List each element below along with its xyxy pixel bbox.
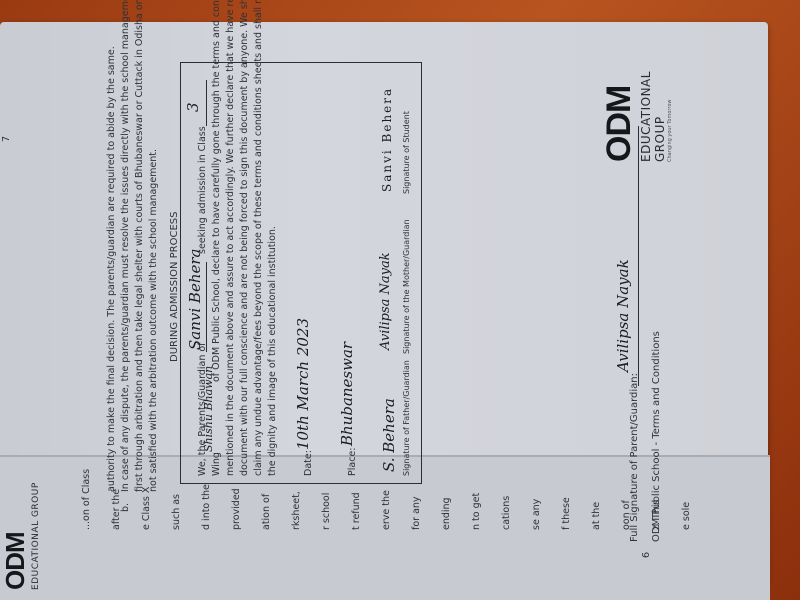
left-page-fragment: ending — [440, 497, 454, 530]
left-odm-logo: ODM EDUCATIONAL GROUP — [0, 482, 41, 590]
mother-signature-label: Signature of the Mother/Guardian — [400, 219, 414, 354]
class-field[interactable]: 3 — [184, 102, 202, 112]
left-page-fragment: e sole — [680, 502, 694, 530]
left-page-fragment: cations — [500, 496, 514, 530]
place-field[interactable]: Bhubaneswar — [338, 342, 356, 446]
declaration-line1-suffix: seeking admission in Class — [196, 126, 210, 254]
left-page-fragment: n to get — [470, 493, 484, 530]
left-page-fragment: after the — [110, 489, 124, 530]
declaration-line: mentioned in the document above and assu… — [224, 0, 238, 476]
mother-signature[interactable]: Avilipsa Nayak — [378, 252, 393, 350]
left-page-fragment: provided — [230, 488, 244, 530]
left-page-fragment: r school — [320, 493, 334, 530]
declaration-line2-suffix: of ODM Public School, declare to have ca… — [210, 0, 224, 382]
left-page-fragment: e Class X — [140, 487, 154, 530]
left-page-fragment: d into the — [200, 484, 214, 530]
student-signature[interactable]: Sanvi Behera — [380, 87, 394, 192]
left-page-fragment: ation of — [260, 494, 274, 530]
declaration-line: document with our full conscience and ar… — [238, 0, 252, 476]
student-name-field[interactable]: Sanvi Behera — [186, 249, 204, 350]
left-page-fragment: erve the — [380, 490, 394, 530]
full-signature-field[interactable]: Avilipsa Nayak — [614, 259, 632, 372]
date-field[interactable]: 10th March 2023 — [294, 318, 312, 450]
left-page-fragment: at the — [590, 502, 604, 530]
left-page-fragment: t refund — [350, 492, 364, 530]
left-page-fragment: ...on of Class — [80, 469, 94, 530]
left-page-fragment: se any — [530, 499, 544, 530]
left-page-content: ODM EDUCATIONAL GROUP ...on of Classafte… — [0, 455, 770, 600]
left-page-fragment: such as — [170, 494, 184, 530]
left-page-fragment: z. This — [650, 500, 664, 530]
declaration-line: claim any undue advantage/fees beyond th… — [252, 0, 266, 476]
left-page-fragment: f these — [560, 497, 574, 530]
student-signature-label: Signature of Student — [400, 111, 414, 194]
left-page-fragment: rksheet, — [290, 491, 304, 530]
left-page-fragment: for any — [410, 496, 424, 530]
declaration-line: the dignity and image of this educationa… — [266, 226, 280, 476]
left-page-fragment: oon of — [620, 500, 634, 530]
